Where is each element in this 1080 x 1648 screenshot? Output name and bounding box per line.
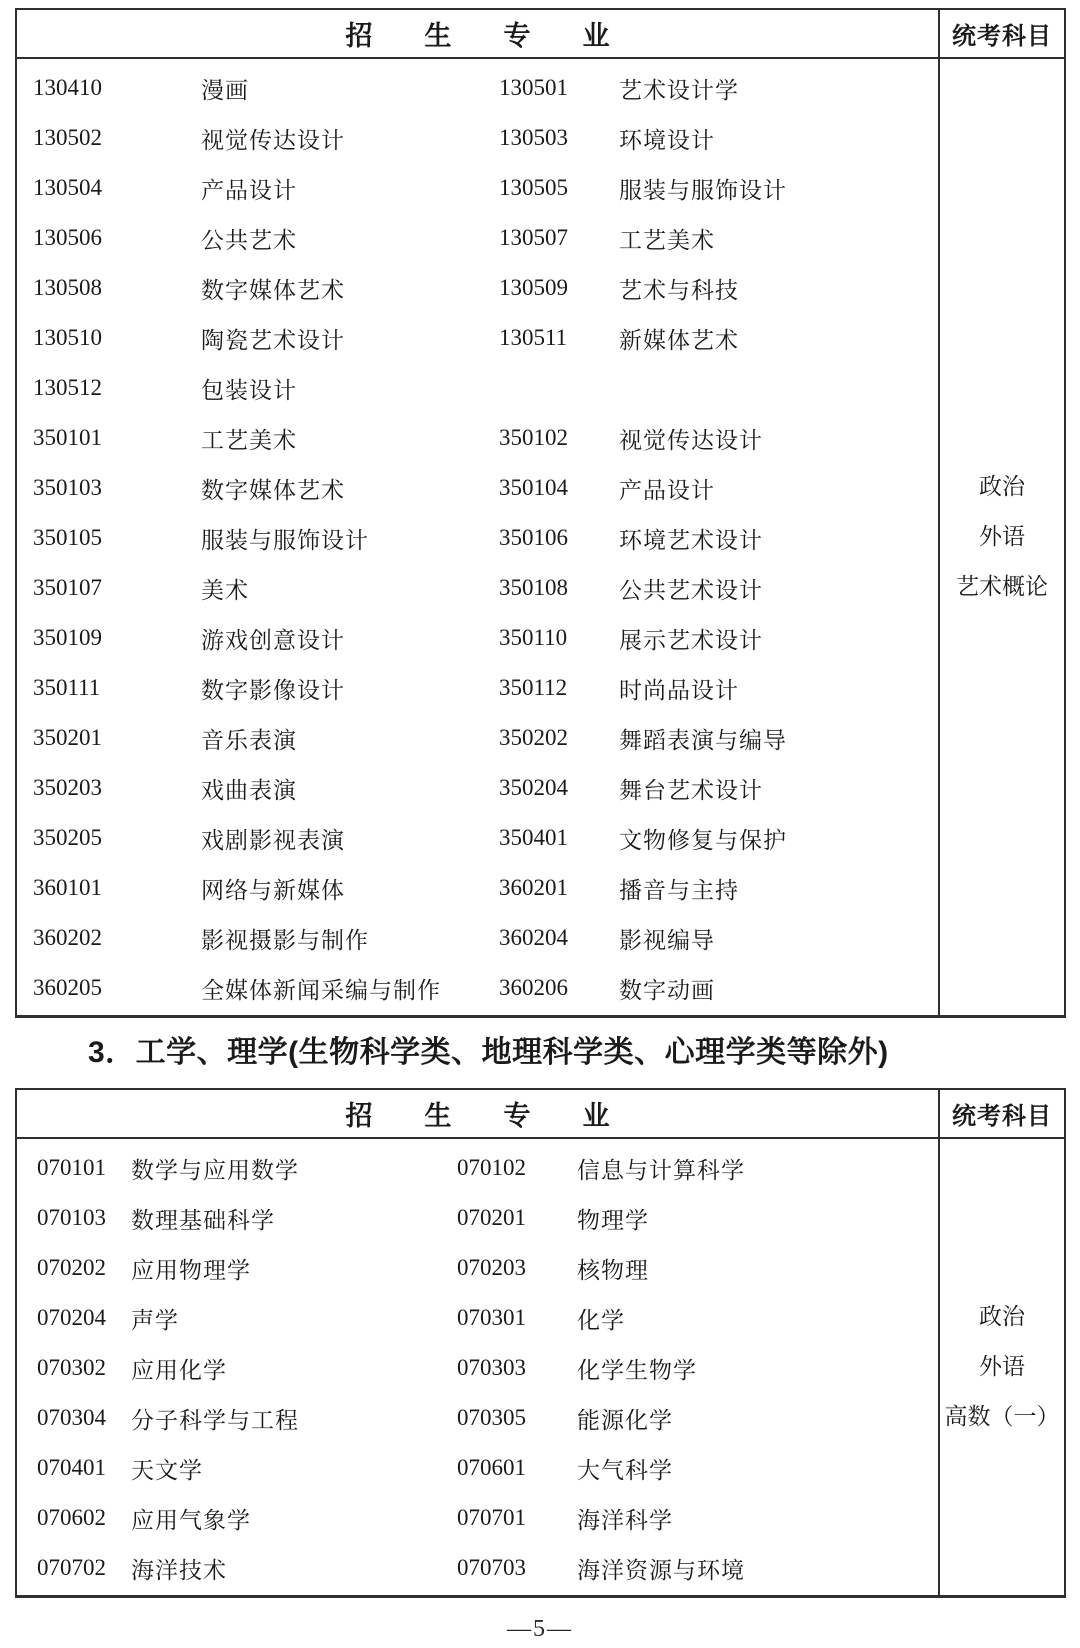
- table-row: 350203戏曲表演350204舞台艺术设计: [17, 763, 938, 813]
- table-row: 070103数理基础科学070201物理学: [17, 1193, 938, 1243]
- majors-table-2: 招生专业 统考科目 070101数学与应用数学070102信息与计算科学0701…: [15, 1088, 1066, 1598]
- major-code: 350202: [499, 725, 619, 751]
- major-code: 070701: [457, 1505, 577, 1531]
- major-code: 070702: [37, 1555, 131, 1581]
- major-code: 070305: [457, 1405, 577, 1431]
- major-code: 130410: [33, 75, 201, 101]
- table-row: 360202影视摄影与制作360204影视编导: [17, 913, 938, 963]
- major-name: 艺术设计学: [619, 72, 938, 105]
- major-name: 舞台艺术设计: [619, 772, 938, 805]
- major-name: 影视摄影与制作: [201, 922, 499, 955]
- table-row: 360205全媒体新闻采编与制作360206数字动画: [17, 963, 938, 1013]
- major-name: 应用气象学: [131, 1502, 457, 1535]
- major-code: 070303: [457, 1355, 577, 1381]
- major-name: 数理基础科学: [131, 1202, 457, 1235]
- major-name: 应用化学: [131, 1352, 457, 1385]
- major-name: 核物理: [577, 1252, 938, 1285]
- table-row: 070302应用化学070303化学生物学: [17, 1343, 938, 1393]
- table-1-header-row: 招生专业 统考科目: [17, 10, 1064, 59]
- major-name: 播音与主持: [619, 872, 938, 905]
- table-row: 350111数字影像设计350112时尚品设计: [17, 663, 938, 713]
- major-name: 美术: [201, 572, 499, 605]
- major-code: 350204: [499, 775, 619, 801]
- major-code: 130505: [499, 175, 619, 201]
- major-name: 视觉传达设计: [201, 122, 499, 155]
- table-row: 350107美术350108公共艺术设计: [17, 563, 938, 613]
- table-row: 070101数学与应用数学070102信息与计算科学: [17, 1143, 938, 1193]
- table-row: 130504产品设计130505服装与服饰设计: [17, 163, 938, 213]
- exam-subject: 艺术概论: [956, 562, 1048, 612]
- table-row: 350103数字媒体艺术350104产品设计: [17, 463, 938, 513]
- major-name: 艺术与科技: [619, 272, 938, 305]
- major-code: 070602: [37, 1505, 131, 1531]
- major-name: 包装设计: [201, 372, 499, 405]
- table-row: 070304分子科学与工程070305能源化学: [17, 1393, 938, 1443]
- exam-subject: 政治: [979, 1292, 1025, 1342]
- major-name: 物理学: [577, 1202, 938, 1235]
- major-name: 环境设计: [619, 122, 938, 155]
- major-code: 350111: [33, 675, 201, 701]
- major-name: 陶瓷艺术设计: [201, 322, 499, 355]
- major-code: 070201: [457, 1205, 577, 1231]
- major-name: 数字影像设计: [201, 672, 499, 705]
- major-name: 影视编导: [619, 922, 938, 955]
- major-name: 数字媒体艺术: [201, 272, 499, 305]
- major-name: 环境艺术设计: [619, 522, 938, 555]
- table-row: 350109游戏创意设计350110展示艺术设计: [17, 613, 938, 663]
- table-2-exam-subjects-cell: 政治外语高数（一）: [938, 1139, 1064, 1595]
- major-code: 130512: [33, 375, 201, 401]
- major-code: 350106: [499, 525, 619, 551]
- table-row: 130510陶瓷艺术设计130511新媒体艺术: [17, 313, 938, 363]
- major-code: 070203: [457, 1255, 577, 1281]
- page-number: —5—: [0, 1616, 1080, 1643]
- major-code: 130511: [499, 325, 619, 351]
- major-code: 350101: [33, 425, 201, 451]
- table-row: 130502视觉传达设计130503环境设计: [17, 113, 938, 163]
- exam-subject: 外语: [979, 512, 1025, 562]
- major-name: 声学: [131, 1302, 457, 1335]
- major-code: 360204: [499, 925, 619, 951]
- major-name: 分子科学与工程: [131, 1402, 457, 1435]
- major-name: 化学生物学: [577, 1352, 938, 1385]
- exam-subject: 外语: [979, 1342, 1025, 1392]
- table-2-body: 070101数学与应用数学070102信息与计算科学070103数理基础科学07…: [17, 1139, 1064, 1595]
- table-row: 350205戏剧影视表演350401文物修复与保护: [17, 813, 938, 863]
- table-row: 070204声学070301化学: [17, 1293, 938, 1343]
- major-code: 070202: [37, 1255, 131, 1281]
- table-2-header-row: 招生专业 统考科目: [17, 1090, 1064, 1139]
- major-code: 360205: [33, 975, 201, 1001]
- major-name: 音乐表演: [201, 722, 499, 755]
- major-name: 文物修复与保护: [619, 822, 938, 855]
- major-code: 070103: [37, 1205, 131, 1231]
- major-code: 130507: [499, 225, 619, 251]
- major-code: 350109: [33, 625, 201, 651]
- table-row: 070202应用物理学070203核物理: [17, 1243, 938, 1293]
- exam-subject: 高数（一）: [945, 1392, 1060, 1442]
- major-name: 游戏创意设计: [201, 622, 499, 655]
- major-code: 350112: [499, 675, 619, 701]
- major-name: 时尚品设计: [619, 672, 938, 705]
- major-name: 网络与新媒体: [201, 872, 499, 905]
- major-code: 070101: [37, 1155, 131, 1181]
- major-name: 产品设计: [201, 172, 499, 205]
- major-code: 070703: [457, 1555, 577, 1581]
- major-name: 公共艺术设计: [619, 572, 938, 605]
- major-name: 海洋技术: [131, 1552, 457, 1585]
- major-name: 工艺美术: [201, 422, 499, 455]
- major-code: 360202: [33, 925, 201, 951]
- major-name: 数字媒体艺术: [201, 472, 499, 505]
- major-code: 130503: [499, 125, 619, 151]
- major-name: 大气科学: [577, 1452, 938, 1485]
- major-name: 公共艺术: [201, 222, 499, 255]
- major-code: 350105: [33, 525, 201, 551]
- table-2-rows: 070101数学与应用数学070102信息与计算科学070103数理基础科学07…: [17, 1139, 938, 1595]
- major-code: 350107: [33, 575, 201, 601]
- major-code: 350103: [33, 475, 201, 501]
- major-name: 展示艺术设计: [619, 622, 938, 655]
- major-name: 戏剧影视表演: [201, 822, 499, 855]
- major-code: 350102: [499, 425, 619, 451]
- major-code: 350104: [499, 475, 619, 501]
- major-name: 产品设计: [619, 472, 938, 505]
- major-name: 服装与服饰设计: [619, 172, 938, 205]
- major-code: 130501: [499, 75, 619, 101]
- table-row: 070401天文学070601大气科学: [17, 1443, 938, 1493]
- major-name: 舞蹈表演与编导: [619, 722, 938, 755]
- major-code: 360101: [33, 875, 201, 901]
- table-2-subjects-header: 统考科目: [938, 1090, 1064, 1137]
- major-code: 350110: [499, 625, 619, 651]
- table-row: 350201音乐表演350202舞蹈表演与编导: [17, 713, 938, 763]
- table-2-majors-header: 招生专业: [17, 1090, 938, 1137]
- major-code: 070204: [37, 1305, 131, 1331]
- major-name: 天文学: [131, 1452, 457, 1485]
- major-name: 服装与服饰设计: [201, 522, 499, 555]
- table-row: 130506公共艺术130507工艺美术: [17, 213, 938, 263]
- table-1-rows: 130410漫画130501艺术设计学130502视觉传达设计130503环境设…: [17, 59, 938, 1015]
- major-code: 130510: [33, 325, 201, 351]
- major-code: 350401: [499, 825, 619, 851]
- table-1-majors-header: 招生专业: [17, 10, 938, 57]
- table-1-exam-subjects-cell: 政治外语艺术概论: [938, 59, 1064, 1015]
- major-name: 全媒体新闻采编与制作: [201, 972, 499, 1005]
- major-code: 350108: [499, 575, 619, 601]
- major-name: 海洋资源与环境: [577, 1552, 938, 1585]
- major-name: 视觉传达设计: [619, 422, 938, 455]
- table-row: 070602应用气象学070701海洋科学: [17, 1493, 938, 1543]
- major-code: 070401: [37, 1455, 131, 1481]
- table-row: 130512包装设计: [17, 363, 938, 413]
- major-name: 新媒体艺术: [619, 322, 938, 355]
- table-row: 130410漫画130501艺术设计学: [17, 63, 938, 113]
- major-name: 工艺美术: [619, 222, 938, 255]
- table-1-subjects-header: 统考科目: [938, 10, 1064, 57]
- major-name: 化学: [577, 1302, 938, 1335]
- major-code: 070301: [457, 1305, 577, 1331]
- major-name: 能源化学: [577, 1402, 938, 1435]
- majors-table-1: 招生专业 统考科目 130410漫画130501艺术设计学130502视觉传达设…: [15, 8, 1066, 1018]
- major-code: 070304: [37, 1405, 131, 1431]
- major-code: 130508: [33, 275, 201, 301]
- major-code: 130509: [499, 275, 619, 301]
- table-row: 070702海洋技术070703海洋资源与环境: [17, 1543, 938, 1593]
- major-name: 数学与应用数学: [131, 1152, 457, 1185]
- major-name: 戏曲表演: [201, 772, 499, 805]
- table-row: 350101工艺美术350102视觉传达设计: [17, 413, 938, 463]
- major-name: 信息与计算科学: [577, 1152, 938, 1185]
- major-code: 130502: [33, 125, 201, 151]
- major-name: 海洋科学: [577, 1502, 938, 1535]
- section-heading: 3．工学、理学(生物科学类、地理科学类、心理学类等除外): [88, 1032, 1080, 1074]
- major-name: 应用物理学: [131, 1252, 457, 1285]
- major-code: 070601: [457, 1455, 577, 1481]
- major-name: 漫画: [201, 72, 499, 105]
- table-row: 360101网络与新媒体360201播音与主持: [17, 863, 938, 913]
- major-code: 350201: [33, 725, 201, 751]
- table-row: 130508数字媒体艺术130509艺术与科技: [17, 263, 938, 313]
- major-code: 130506: [33, 225, 201, 251]
- major-code: 070102: [457, 1155, 577, 1181]
- major-code: 360206: [499, 975, 619, 1001]
- major-code: 130504: [33, 175, 201, 201]
- table-row: 350105服装与服饰设计350106环境艺术设计: [17, 513, 938, 563]
- table-1-body: 130410漫画130501艺术设计学130502视觉传达设计130503环境设…: [17, 59, 1064, 1015]
- exam-subject: 政治: [979, 462, 1025, 512]
- major-name: 数字动画: [619, 972, 938, 1005]
- document-page: 招生专业 统考科目 130410漫画130501艺术设计学130502视觉传达设…: [0, 0, 1080, 1648]
- major-code: 350203: [33, 775, 201, 801]
- major-code: 360201: [499, 875, 619, 901]
- major-code: 070302: [37, 1355, 131, 1381]
- major-code: 350205: [33, 825, 201, 851]
